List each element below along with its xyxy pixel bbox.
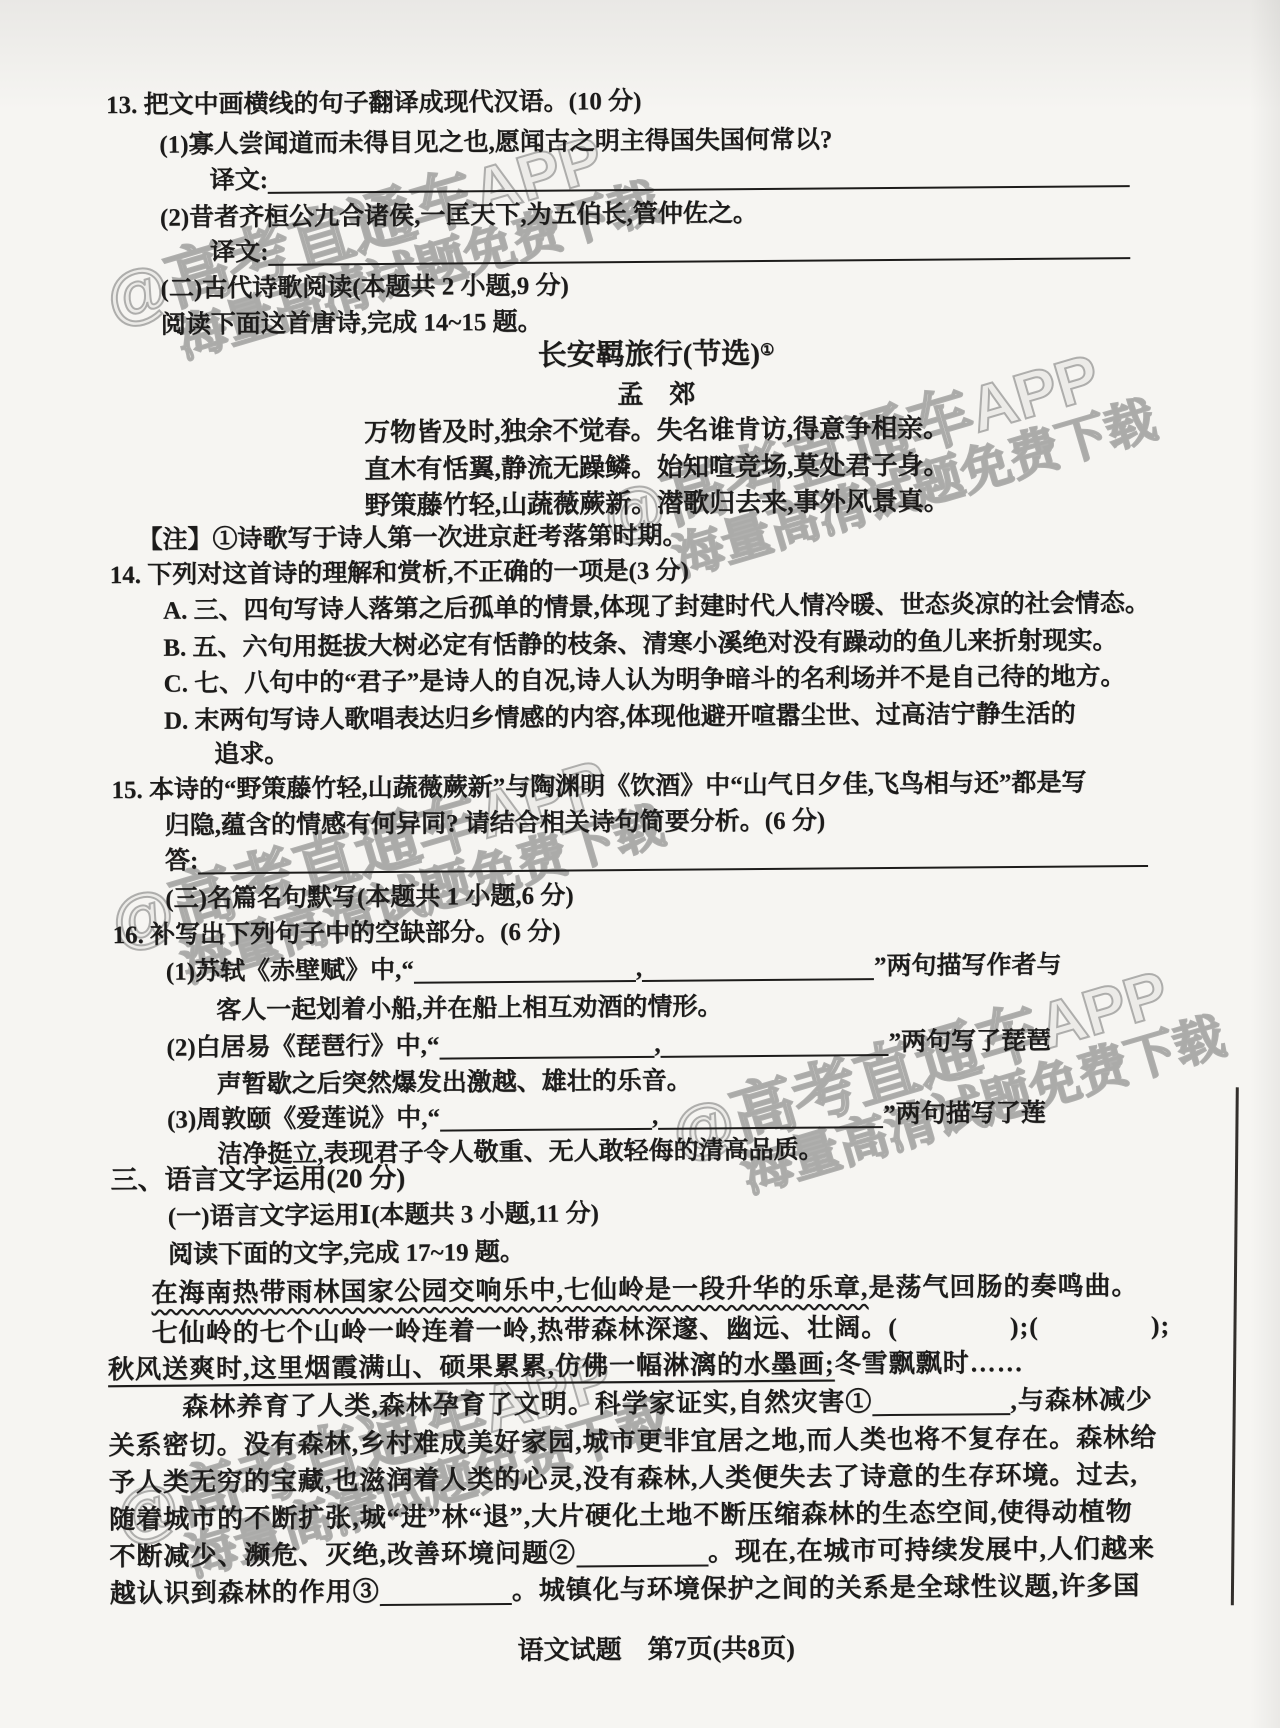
section3-sub-heading: (一)语言文字运用Ⅰ(本题共 3 小题,11 分) — [168, 1198, 599, 1233]
passage-line-6: 予人类无穷的宝藏,也滋润着人类的心灵,没有森林,人类便失去了诗意的生存环境。过去… — [109, 1459, 1138, 1500]
q13-stem: 13. 把文中画横线的句子翻译成现代汉语。(10 分) — [106, 86, 642, 121]
dictation-blank — [414, 955, 636, 984]
translation-label: 译文: — [210, 167, 269, 194]
passage-text: ,与森林减少 — [1010, 1385, 1153, 1415]
poem-note: 【注】①诗歌写于诗人第一次进京赶考落第时期。 — [137, 521, 687, 557]
poem-author: 孟 郊 — [146, 375, 1166, 416]
underlined-text: 秋风送爽时,这里烟霞满山、硕果累累,仿佛一幅淋漓的水墨画; — [108, 1349, 835, 1384]
scan-right-shading — [1250, 0, 1280, 1728]
paren-blank — [1039, 1308, 1151, 1335]
passage-line-5: 关系密切。没有森林,乡村难成美好家园,城市更非宜居之地,而人类也将不复存在。森林… — [108, 1422, 1157, 1463]
fill-blank-3 — [380, 1577, 512, 1606]
passage-line-7: 随着城市的不断扩张,城“进”林“退”,大片硬化土地不断压缩森林的生态空间,使得动… — [109, 1496, 1133, 1537]
q16-item3-pre: (3)周敦颐《爱莲说》中,“ — [167, 1105, 440, 1134]
passage-line-4: 森林养育了人类,森林孕育了文明。科学家证实,自然灾害①,与森林减少 — [182, 1384, 1153, 1424]
poetry-intro: 阅读下面这首唐诗,完成 14~15 题。 — [161, 307, 543, 341]
wavy-underlined-text: 在海南热带雨林国家公园交响乐中,七仙岭是一段升华的乐章, — [151, 1273, 868, 1308]
poem-title-text: 长安羁旅行(节选) — [538, 338, 761, 372]
dictation-section-heading: (三)名篇名句默写(本题共 1 小题,6 分) — [165, 881, 574, 915]
fill-blank-2 — [576, 1538, 708, 1567]
passage-text: 七仙岭的七个山岭一岭连着一岭,热带森林深邃、幽远、壮阔。( — [152, 1313, 898, 1348]
q14-option-d-cont: 追求。 — [214, 739, 289, 771]
q16-item1-pre: (1)苏轼《赤壁赋》中,“ — [166, 957, 414, 986]
q16-item2-pre: (2)白居易《琵琶行》中,“ — [166, 1033, 439, 1062]
poem-line: 直木有恬翼,静流无躁鳞。始知喧竞场,莫处君子身。 — [147, 448, 1167, 489]
passage-line-3: 秋风送爽时,这里烟霞满山、硕果累累,仿佛一幅淋漓的水墨画;冬雪飘飘时…… — [108, 1347, 1024, 1387]
passage-line-1: 在海南热带雨林国家公园交响乐中,七仙岭是一段升华的乐章,是荡气回肠的奏鸣曲。 — [151, 1270, 1138, 1310]
passage-text: ); — [1151, 1311, 1171, 1340]
note-label: 【注】 — [137, 526, 212, 554]
page-footer: 语文试题 第7页(共8页) — [376, 1632, 936, 1669]
q13-translation2: 译文: — [210, 230, 1131, 268]
dictation-blank — [658, 1101, 883, 1130]
answer-line — [268, 160, 1130, 194]
dictation-blank — [660, 1029, 888, 1058]
q15-answer: 答: — [165, 838, 1149, 877]
exam-page: @高考直通车APP 海量高清试题免费下载 @高考直通车APP 海量高清试题免费下… — [0, 0, 1280, 1728]
passage-line-2: 七仙岭的七个山岭一岭连着一岭,热带森林深邃、幽远、壮阔。();(); — [152, 1308, 1171, 1350]
answer-line — [198, 840, 1148, 874]
passage-text: 是荡气回肠的奏鸣曲。 — [868, 1271, 1138, 1302]
poem-line: 万物皆及时,独余不觉春。失名谁肯访,得意争相亲。 — [147, 411, 1167, 452]
fill-blank-1 — [872, 1387, 1010, 1416]
passage-text: 越认识到森林的作用③ — [110, 1577, 380, 1608]
q13-translation1: 译文: — [210, 158, 1131, 196]
passage-text: 森林养育了人类,森林孕育了文明。科学家证实,自然灾害① — [182, 1387, 872, 1421]
poem-line: 野策藤竹轻,山蔬薇蕨新。潜歌归去来,事外风景真。 — [147, 484, 1167, 525]
q14-option-b: B. 五、六句用挺拔大树必定有恬静的枝条、清寒小溪绝对没有躁动的鱼儿来折射现实。 — [163, 625, 1117, 664]
dictation-blank — [439, 1031, 654, 1060]
section3-intro: 阅读下面的文字,完成 17~19 题。 — [168, 1237, 525, 1271]
note-text: ①诗歌写于诗人第一次进京赶考落第时期。 — [212, 523, 687, 554]
translation-label: 译文: — [210, 239, 269, 266]
q14-option-d: D. 末两句写诗人歌唱表达归乡情感的内容,体现他避开喧嚣尘世、过高洁宁静生活的 — [164, 699, 1076, 737]
q14-option-c: C. 七、八句中的“君子”是诗人的自况,诗人认为明争暗斗的名利场并不是自己待的地… — [163, 661, 1125, 700]
q16-item1: (1)苏轼《赤壁赋》中,“,”两句描写作者与 — [166, 950, 1062, 988]
section3-heading: 三、语言文字运用(20 分) — [110, 1162, 405, 1198]
answer-line — [268, 232, 1130, 266]
poem-title: 长安羁旅行(节选)① — [146, 333, 1166, 377]
passage-text: 。城镇化与环境保护之间的关系是全球性议题,许多国 — [512, 1571, 1141, 1605]
passage-text: 冬雪飘飘时…… — [835, 1348, 1024, 1378]
poem-title-footnote-mark: ① — [760, 342, 774, 359]
poetry-section-heading: (二)古代诗歌阅读(本题共 2 小题,9 分) — [160, 271, 569, 305]
q16-item1-post: ”两句描写作者与 — [874, 952, 1062, 980]
q14-stem: 14. 下列对这首诗的理解和赏析,不正确的一项是(3 分) — [110, 556, 689, 592]
scan-edge-line — [1231, 1087, 1239, 1605]
dictation-blank — [642, 953, 874, 982]
q16-item3: (3)周敦颐《爱莲说》中,“,”两句描写了莲 — [167, 1098, 1046, 1136]
q16-item2-post: ”两句写了琵琶 — [888, 1028, 1051, 1056]
q15-stem-line1: 15. 本诗的“野策藤竹轻,山蔬薇蕨新”与陶渊明《饮酒》中“山气日夕佳,飞鸟相与… — [111, 767, 1086, 806]
dictation-blank — [440, 1103, 652, 1132]
q15-stem-line2: 归隐,蕴含的情感有何异同? 请结合相关诗句简要分析。(6 分) — [165, 806, 826, 842]
q16-item2: (2)白居易《琵琶行》中,“,”两句写了琵琶 — [166, 1026, 1051, 1064]
watermark: @高考直通车APP 海量高清试题免费下载 — [664, 947, 1230, 1216]
paren-blank — [898, 1309, 1010, 1336]
passage-text: 不断减少、濒危、灭绝,改善环境问题② — [109, 1539, 576, 1572]
q16-item1-cont: 客人一起划着小船,并在船上相互劝酒的情形。 — [216, 991, 722, 1026]
passage-text: );( — [1010, 1312, 1039, 1341]
q16-stem: 16. 补写出下列句子中的空缺部分。(6 分) — [112, 917, 560, 952]
answer-label: 答: — [165, 847, 199, 874]
passage-line-8: 不断减少、濒危、灭绝,改善环境问题②。现在,在城市可持续发展中,人们越来 — [109, 1533, 1155, 1574]
q14-option-a: A. 三、四句写诗人落第之后孤单的情景,体现了封建时代人情冷暖、世态炎凉的社会情… — [163, 588, 1150, 627]
passage-line-9: 越认识到森林的作用③。城镇化与环境保护之间的关系是全球性议题,许多国 — [110, 1570, 1141, 1611]
passage-text: 。现在,在城市可持续发展中,人们越来 — [708, 1534, 1155, 1567]
q13-item1: (1)寡人尝闻道而未得目见之也,愿闻古之明主得国失国何常以? — [159, 124, 832, 161]
q16-item2-cont: 声暂歇之后突然爆发出激越、雄壮的乐音。 — [217, 1066, 692, 1101]
q13-item2: (2)昔者齐桓公九合诸侯,一匡天下,为五伯长,管仲佐之。 — [160, 198, 758, 234]
q16-item3-post: ”两句描写了莲 — [883, 1100, 1046, 1128]
